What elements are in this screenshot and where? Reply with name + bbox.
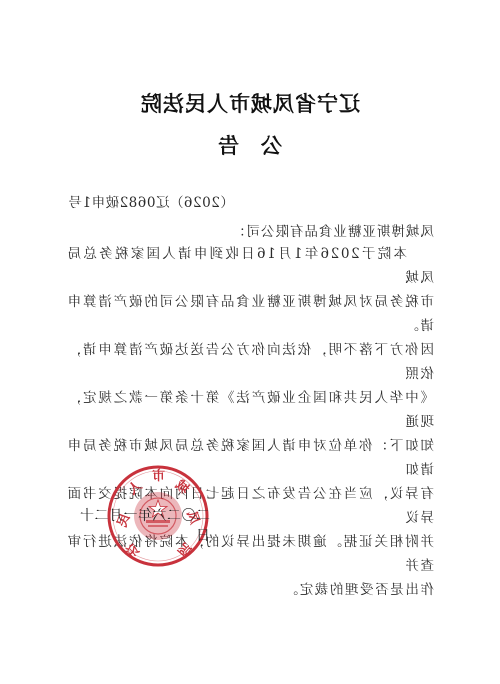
body-line: 因你方下落不明，依法向你方公告送达破产清算申请，依照 (66, 338, 434, 386)
addressee: 凤城博斯亚糖业食品有限公司： (231, 220, 434, 240)
case-number: （2026）辽0682破申1号 (68, 191, 500, 211)
svg-text:市: 市 (152, 468, 165, 484)
notice-title: 公告 (0, 130, 500, 160)
svg-text:城: 城 (171, 477, 191, 497)
body-line: 市税务局对凤城博斯亚糖业食品有限公司的破产清算申请。 (66, 290, 434, 338)
court-name-heading: 辽宁省凤城市人民法院 (0, 88, 500, 118)
body-line: 作出是否受理的裁定。 (66, 578, 434, 602)
body-line: 《中华人民共和国企业破产法》第十条第一款之规定，现通 (66, 386, 434, 434)
svg-text:人: 人 (125, 478, 145, 498)
body-line: 本院于2026年1月16日收到申请人国家税务总局凤城 (66, 242, 434, 290)
notice-date: 二〇二六年一月二十日 (70, 505, 210, 545)
court-notice-page: 辽宁省凤城市人民法院 公告 （2026）辽0682破申1号 凤城博斯亚糖业食品有… (0, 0, 500, 684)
